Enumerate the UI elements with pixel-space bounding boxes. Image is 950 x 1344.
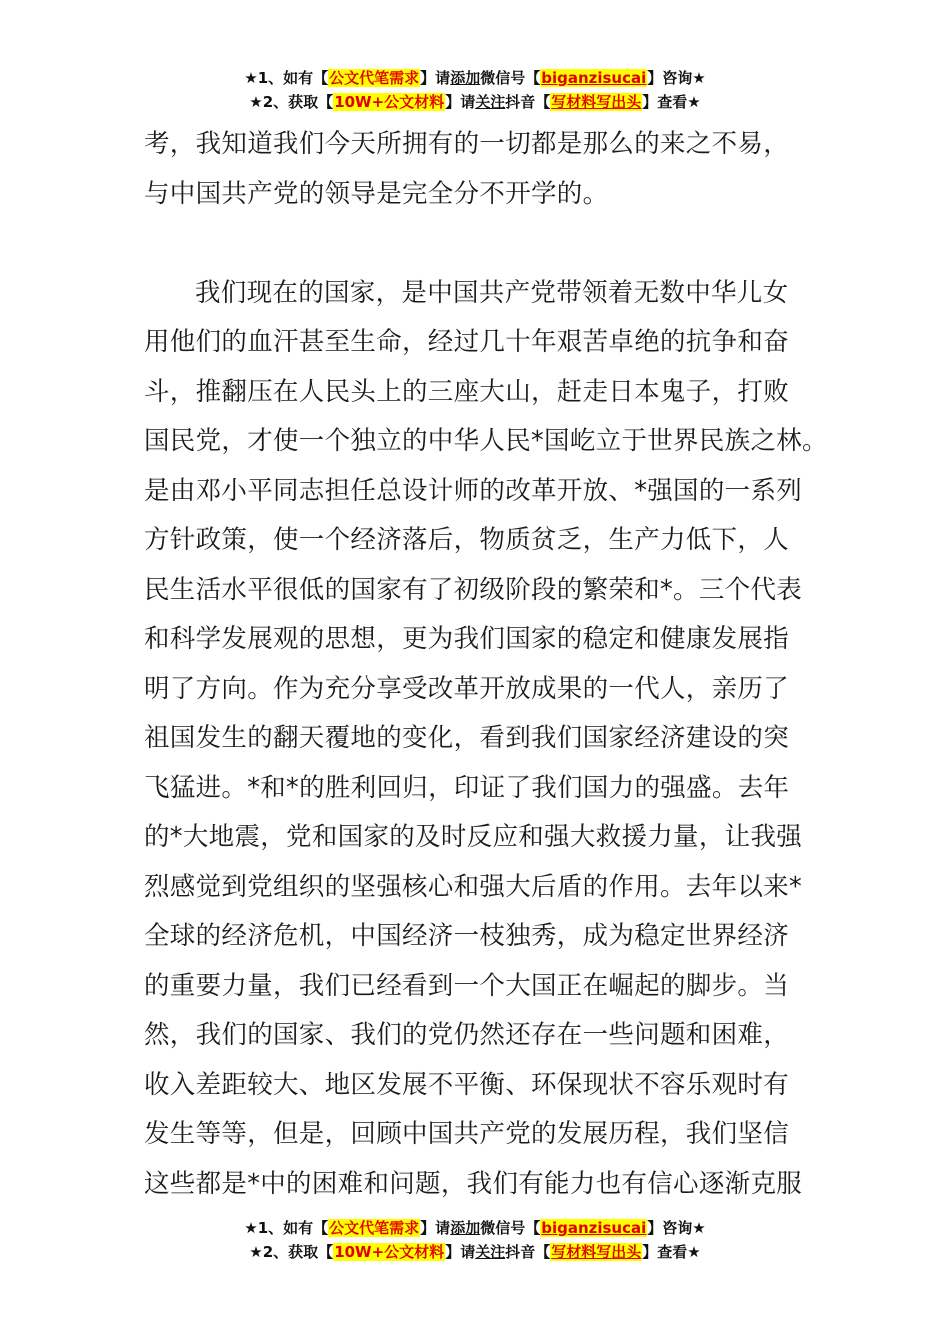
text-line: 我们现在的国家，是中国共产党带领着无数中华儿女 xyxy=(144,273,824,323)
banner-text: 微信号【 xyxy=(480,1219,540,1237)
text-line: 明了方向。作为充分享受改革开放成果的一代人，亲历了 xyxy=(144,669,824,719)
paragraph-2: 我们现在的国家，是中国共产党带领着无数中华儿女 用他们的血汗甚至生命，经过几十年… xyxy=(144,273,824,1214)
text-line: 和科学发展观的思想，更为我们国家的稳定和健康发展指 xyxy=(144,619,824,669)
paragraph-1: 考，我知道我们今天所拥有的一切都是那么的来之不易， 与中国共产党的领导是完全分不… xyxy=(144,124,824,223)
banner-text: ★2、获取【 xyxy=(249,93,333,111)
header-banner: ★1、如有【公文代笔需求】请添加微信号【biganzisucai】咨询★ ★2、… xyxy=(0,66,950,114)
banner-text: 】请 xyxy=(420,69,450,87)
highlight-materials: 10W+公文材料 xyxy=(333,93,445,111)
text-line: 民生活水平很低的国家有了初级阶段的繁荣和*。三个代表 xyxy=(144,570,824,620)
footer-banner: ★1、如有【公文代笔需求】请添加微信号【biganzisucai】咨询★ ★2、… xyxy=(0,1216,950,1264)
wechat-id-link[interactable]: biganzisucai xyxy=(540,1219,647,1237)
banner-text: 】咨询★ xyxy=(647,1219,705,1237)
underlined-add: 添加 xyxy=(450,69,480,87)
text-line: 国民党，才使一个独立的中华人民*国屹立于世界民族之林。 xyxy=(144,421,824,471)
banner-text: 】请 xyxy=(420,1219,450,1237)
text-line: 方针政策，使一个经济落后，物质贫乏，生产力低下，人 xyxy=(144,520,824,570)
banner-text: ★1、如有【 xyxy=(244,69,328,87)
underlined-follow: 关注 xyxy=(475,93,505,111)
text-line: 全球的经济危机，中国经济一枝独秀，成为稳定世界经济 xyxy=(144,916,824,966)
douyin-account-link[interactable]: 写材料写出头 xyxy=(550,93,642,111)
banner-line-1: ★1、如有【公文代笔需求】请添加微信号【biganzisucai】咨询★ xyxy=(0,66,950,90)
text-line: 的重要力量，我们已经看到一个大国正在崛起的脚步。当 xyxy=(144,966,824,1016)
text-line: 考，我知道我们今天所拥有的一切都是那么的来之不易， xyxy=(144,124,824,174)
text-line: 是由邓小平同志担任总设计师的改革开放、*强国的一系列 xyxy=(144,471,824,521)
banner-text: 抖音【 xyxy=(505,1243,550,1261)
document-body: 考，我知道我们今天所拥有的一切都是那么的来之不易， 与中国共产党的领导是完全分不… xyxy=(144,124,824,1213)
banner-text: 】请 xyxy=(445,1243,475,1261)
banner-text: 】咨询★ xyxy=(647,69,705,87)
text-line: 祖国发生的翻天覆地的变化，看到我们国家经济建设的突 xyxy=(144,718,824,768)
paragraph-spacer xyxy=(144,223,824,273)
highlight-service: 公文代笔需求 xyxy=(328,1219,420,1237)
text-line: 收入差距较大、地区发展不平衡、环保现状不容乐观时有 xyxy=(144,1065,824,1115)
banner-line-1: ★1、如有【公文代笔需求】请添加微信号【biganzisucai】咨询★ xyxy=(0,1216,950,1240)
text-line: 与中国共产党的领导是完全分不开学的。 xyxy=(144,174,824,224)
banner-text: 】查看★ xyxy=(642,1243,700,1261)
banner-text: 】查看★ xyxy=(642,93,700,111)
banner-text: 抖音【 xyxy=(505,93,550,111)
highlight-service: 公文代笔需求 xyxy=(328,69,420,87)
wechat-id-link[interactable]: biganzisucai xyxy=(540,69,647,87)
text-line: 飞猛进。*和*的胜利回归，印证了我们国力的强盛。去年 xyxy=(144,768,824,818)
text-line: 发生等等，但是，回顾中国共产党的发展历程，我们坚信 xyxy=(144,1114,824,1164)
banner-text: 微信号【 xyxy=(480,69,540,87)
text-line: 用他们的血汗甚至生命，经过几十年艰苦卓绝的抗争和奋 xyxy=(144,322,824,372)
text-line: 斗，推翻压在人民头上的三座大山，赶走日本鬼子，打败 xyxy=(144,372,824,422)
text-line: 的*大地震，党和国家的及时反应和强大救援力量，让我强 xyxy=(144,817,824,867)
highlight-materials: 10W+公文材料 xyxy=(333,1243,445,1261)
banner-line-2: ★2、获取【10W+公文材料】请关注抖音【写材料写出头】查看★ xyxy=(0,90,950,114)
douyin-account-link[interactable]: 写材料写出头 xyxy=(550,1243,642,1261)
banner-line-2: ★2、获取【10W+公文材料】请关注抖音【写材料写出头】查看★ xyxy=(0,1240,950,1264)
underlined-add: 添加 xyxy=(450,1219,480,1237)
banner-text: 】请 xyxy=(445,93,475,111)
banner-text: ★1、如有【 xyxy=(244,1219,328,1237)
banner-text: ★2、获取【 xyxy=(249,1243,333,1261)
underlined-follow: 关注 xyxy=(475,1243,505,1261)
text-line: 然，我们的国家、我们的党仍然还存在一些问题和困难， xyxy=(144,1015,824,1065)
text-line: 烈感觉到党组织的坚强核心和强大后盾的作用。去年以来* xyxy=(144,867,824,917)
text-line: 这些都是*中的困难和问题，我们有能力也有信心逐渐克服 xyxy=(144,1164,824,1214)
